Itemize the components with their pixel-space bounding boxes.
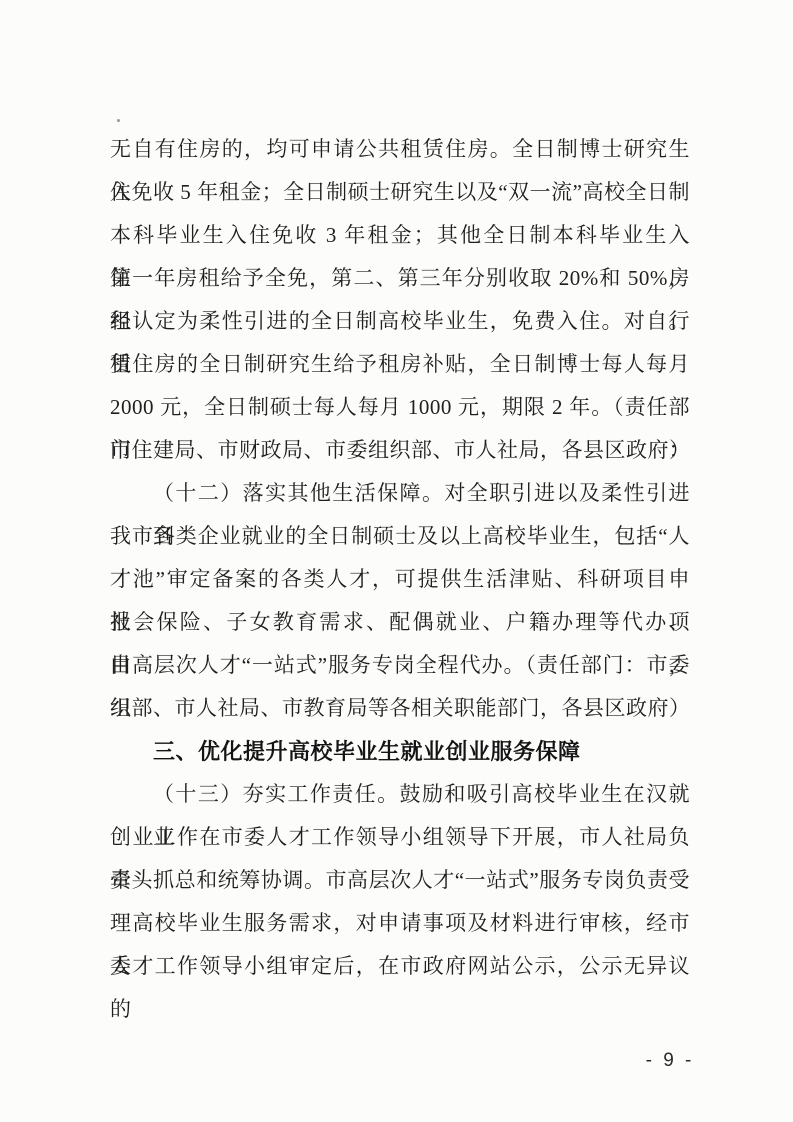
text-line: 市住建局、市财政局、市委组织部、市人社局，各县区政府） — [110, 429, 690, 472]
text-line: 我市各类企业就业的全日制硕士及以上高校毕业生，包括“人 — [110, 515, 690, 558]
document-content: 无自有住房的，均可申请公共租赁住房。全日制博士研究生入住免收 5 年租金；全日制… — [110, 128, 690, 988]
text-line: 由高层次人才“一站式”服务专岗全程代办。（责任部门：市委组 — [110, 644, 690, 687]
text-line: 第一年房租给予全免，第二、第三年分别收取 20%和 50%房租。 — [110, 257, 690, 300]
text-line: 2000 元，全日制硕士每人每月 1000 元，期限 2 年。（责任部门： — [110, 386, 690, 429]
text-line: 人才工作领导小组审定后，在市政府网站公示，公示无异议的 — [110, 945, 690, 988]
text-line: 牵头抓总和统筹协调。市高层次人才“一站式”服务专岗负责受 — [110, 859, 690, 902]
text-line: 赁住房的全日制研究生给予租房补贴，全日制博士每人每月 — [110, 343, 690, 386]
section-heading: 三、优化提升高校毕业生就业创业服务保障 — [110, 730, 690, 773]
text-line: 才池”审定备案的各类人才，可提供生活津贴、科研项目申报、 — [110, 558, 690, 601]
text-line: 住免收 5 年租金；全日制硕士研究生以及“双一流”高校全日制 — [110, 171, 690, 214]
page-number: - 9 - — [615, 1046, 725, 1076]
text-line: 经认定为柔性引进的全日制高校毕业生，免费入住。对自行租 — [110, 300, 690, 343]
text-line: 创业工作在市委人才工作领导小组领导下开展，市人社局负责 — [110, 816, 690, 859]
text-line: 理高校毕业生服务需求，对申请事项及材料进行审核，经市委 — [110, 902, 690, 945]
text-line: 织部、市人社局、市教育局等各相关职能部门，各县区政府） — [110, 687, 690, 730]
text-line: （十三）夯实工作责任。鼓励和吸引高校毕业生在汉就业 — [110, 773, 690, 816]
text-line: 无自有住房的，均可申请公共租赁住房。全日制博士研究生入 — [110, 128, 690, 171]
document-page: 无自有住房的，均可申请公共租赁住房。全日制博士研究生入住免收 5 年租金；全日制… — [0, 0, 793, 1122]
text-line: 本科毕业生入住免收 3 年租金；其他全日制本科毕业生入住， — [110, 214, 690, 257]
scan-speck — [117, 119, 120, 122]
text-line: （十二）落实其他生活保障。对全职引进以及柔性引进到 — [110, 472, 690, 515]
text-line: 社会保险、子女教育需求、配偶就业、户籍办理等代办项目， — [110, 601, 690, 644]
